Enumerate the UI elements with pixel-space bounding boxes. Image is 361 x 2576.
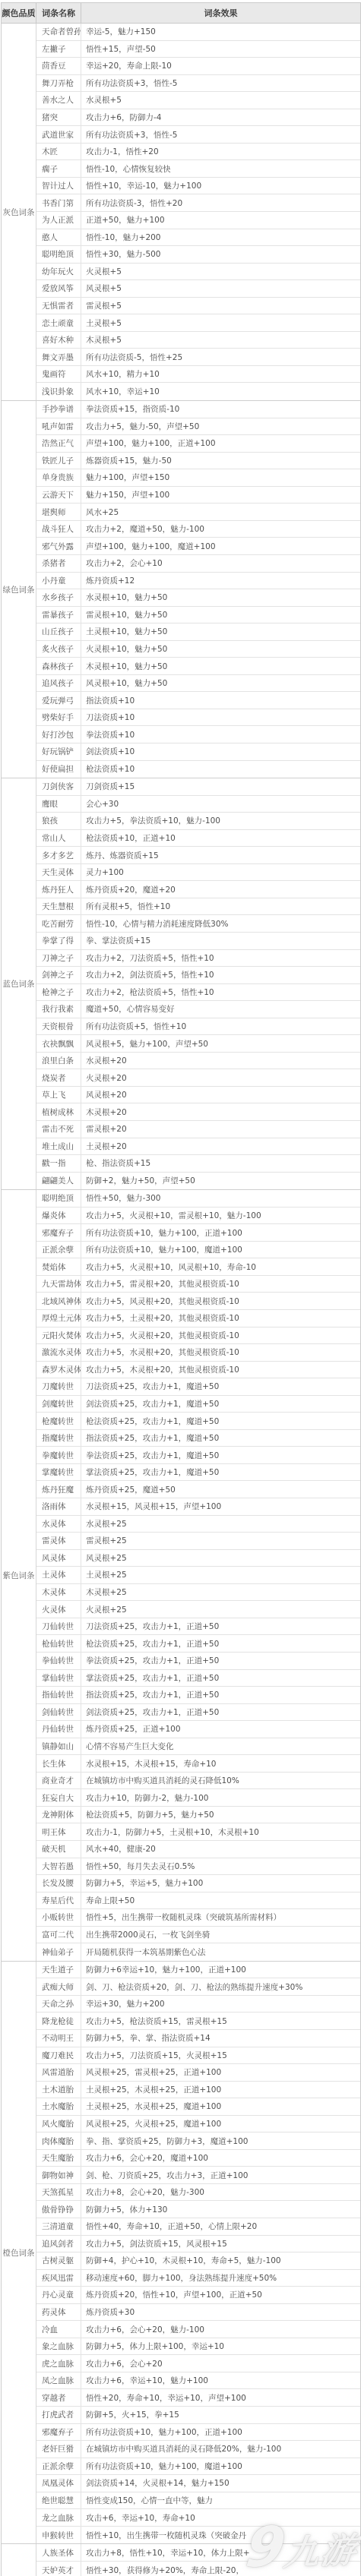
- entry-name: 幼年玩火: [36, 264, 81, 280]
- entry-name: 雷击不死: [36, 1121, 81, 1138]
- entry-row: 山丘孩子土灵根+10，魅力+50: [36, 623, 360, 641]
- entry-row: 枪魔转世枪法资质+25，攻击力+1，魔道+50: [36, 1413, 360, 1430]
- entry-row: 武道世家所有功法资质+3，悟性-5: [36, 126, 360, 144]
- entry-row: 铁匠儿子炼器资质+15，魅力-50: [36, 453, 360, 470]
- entry-name: 刀剑侠客: [36, 778, 81, 795]
- entry-effect: 悟性+10，幸运-10，魅力+100: [81, 178, 360, 194]
- entry-name: 药灵体: [36, 2304, 81, 2321]
- entry-row: 土木道胎土灵根+25，木灵根+25，正道+100: [36, 2082, 360, 2099]
- entry-name: 邪魔弃子: [36, 2424, 81, 2441]
- entry-row: 瘸子悟性-10，心情恢复较快: [36, 160, 360, 178]
- entry-name: 破天机: [36, 1841, 81, 1858]
- entry-effect: 悟性+5，出生携带一枚随机灵珠（突破筑基所需材料）: [81, 1909, 360, 1926]
- entry-name: 憨人: [36, 229, 81, 246]
- entry-name: 邪魔弃子: [36, 1224, 81, 1241]
- entry-name: 土木道胎: [36, 2082, 81, 2098]
- entry-effect: 攻击力-1，悟性+20: [81, 144, 360, 160]
- entry-name: 爱玩弹弓: [36, 692, 81, 709]
- entry-effect: 悟性+20，寿命+10，幸运+10，声望+100: [81, 2389, 360, 2406]
- entry-row: 剑魔转世剑法资质+25，攻击力+1，魔道+50: [36, 1396, 360, 1413]
- entry-effect: 拳法资质+25，攻击力+1，魔道+50: [81, 1447, 360, 1463]
- entry-row: 好使扁担枪法资质+10: [36, 761, 360, 778]
- entry-effect: 火灵根+25: [81, 1601, 360, 1618]
- quality-section: 橙色词条天生道子防御力+6幸运+10，魅力+100，正道+100武痴大师剑、刀、…: [2, 1962, 360, 2545]
- entry-effect: 风水+10，幸运+10: [81, 383, 360, 400]
- entry-effect: 幸运+20，寿命上限-10: [81, 58, 360, 74]
- entry-effect: 攻击力+5，剑法资质+15，风灵根+15: [81, 2236, 360, 2252]
- entry-row: 肉体魔胎拳、指、掌资质+25，防御力+3，魔道+100: [36, 2132, 360, 2150]
- entry-effect: 土灵根+25，水灵根+25，魔道+100: [81, 2098, 360, 2115]
- table-body: 灰色词条天命者曾孙幸运-5，魅力+150左撇子悟性+15，声望-50茴香豆幸运+…: [2, 24, 360, 2576]
- entry-effect: 剑法资质+25，攻击力+1，正道+50: [81, 1704, 360, 1721]
- entry-effect: 水灵根+5: [81, 92, 360, 109]
- entry-row: 木灵体木灵根+25: [36, 1584, 360, 1602]
- entry-row: 手抄拳谱拳法资质+15，指资质-10: [36, 401, 360, 418]
- entry-effect: 剑法资质+14，火灵根+14，魅力+150: [81, 2475, 360, 2492]
- entry-name: 山丘孩子: [36, 623, 81, 640]
- entry-row: 天命者曾孙幸运-5，魅力+150: [36, 24, 360, 41]
- entry-effect: 出生携带2000灵石，一枚飞剑坐骑: [81, 1927, 360, 1943]
- entry-name: 冷血: [36, 2321, 81, 2338]
- entry-effect: 攻击力+5，风灵根+20，其他灵根资质-10: [81, 1293, 360, 1309]
- entry-row: 天生慧根所有灵根+5，悟性+10: [36, 898, 360, 916]
- entry-name: 劈柴好手: [36, 709, 81, 726]
- entry-row: 浩然正气声望+100，魅力+100，正道+100: [36, 435, 360, 453]
- header-quality: 颜色品质: [2, 3, 36, 23]
- entry-effect: 水灵根+25: [81, 1516, 360, 1533]
- entry-row: 无惧雷者雷灵根+5: [36, 298, 360, 315]
- entry-row: 我行我素魔道+50，心情容易变好: [36, 1001, 360, 1018]
- entry-name: 天生魔胎: [36, 2150, 81, 2167]
- entry-row: 森罗木灵体攻击力+5，木灵根+20，其他灵根资质-10: [36, 1362, 360, 1379]
- entry-row: 憨人悟性-10，魅力+200: [36, 229, 360, 247]
- entry-effect: 悟性+50，每月失去灵石0.5%: [81, 1858, 360, 1875]
- entry-name: 龙神附体: [36, 1807, 81, 1823]
- entry-row: 厚煌土元体攻击力+5，土灵根+20，其他灵根资质-10: [36, 1310, 360, 1327]
- entry-name: 风雷道胎: [36, 2064, 81, 2081]
- entry-effect: 所有功法资质-3，悟性+20: [81, 194, 360, 211]
- entry-name: 天生灵体: [36, 864, 81, 881]
- entry-name: 木灵体: [36, 1584, 81, 1601]
- entry-row: 劈柴好手刀法资质+10: [36, 709, 360, 727]
- entry-name: 厚煌土元体: [36, 1310, 81, 1327]
- entry-name: 拳魔转世: [36, 1447, 81, 1463]
- quality-section: 灰色词条天命者曾孙幸运-5，魅力+150左撇子悟性+15，声望-50茴香豆幸运+…: [2, 24, 360, 401]
- entry-effect: 攻击力+6，幸运+10，魅力+100: [81, 2372, 360, 2389]
- entry-effect: 土灵根+20: [81, 1138, 360, 1155]
- entry-effect: 攻击力+5，拳法资质+10，魅力-100: [81, 813, 360, 829]
- entry-row: 左撇子悟性+15，声望-50: [36, 41, 360, 58]
- entry-row: 堆土成山土灵根+20: [36, 1138, 360, 1156]
- entry-row: 书香门第所有功法资质-3，悟性+20: [36, 194, 360, 212]
- entry-name: 天命之孙: [36, 1996, 81, 2012]
- entry-name: 炼丹狂人: [36, 881, 81, 898]
- entry-row: 傲骨铮铮防御力+5，体力+130: [36, 2201, 360, 2218]
- entry-name: 洛雨体: [36, 1498, 81, 1515]
- entry-name: 堪舆师: [36, 504, 81, 520]
- entry-name: 三清道童: [36, 2218, 81, 2235]
- entry-row: 邪魔弃子所有功法资质+10，魅力+100，正道+100: [36, 2424, 360, 2442]
- entry-name: 穿越者: [36, 2389, 81, 2406]
- entry-name: 虎之血脉: [36, 2355, 81, 2372]
- entry-row: 戳一指枪、指法资质+15: [36, 1155, 360, 1173]
- entry-effect: 炼丹、炼器资质+15: [81, 847, 360, 863]
- entry-row: 小贩转世悟性+5，出生携带一枚随机灵珠（突破筑基所需材料）: [36, 1909, 360, 1927]
- entry-name: 九天雷劫体: [36, 1276, 81, 1293]
- entry-effect: 拳法资质+15，指资质-10: [81, 401, 360, 418]
- entry-effect: 木灵根+5: [81, 332, 360, 349]
- entry-name: 不动明王: [36, 2030, 81, 2047]
- entry-row: 聪明绝顶悟性+50，魅力-300: [36, 1190, 360, 1207]
- entry-row: 拳掌了得拳、掌法资质+15: [36, 933, 360, 950]
- entry-name: 明王体: [36, 1823, 81, 1840]
- entry-effect: 攻击力+5，枪法资质+15，雷灵根+15: [81, 2012, 360, 2029]
- entry-row: 衣袂飘飘风灵根+5，魅力+100，声望+50: [36, 1035, 360, 1053]
- entry-name: 武痴大师: [36, 1978, 81, 1995]
- entry-name: 衣袂飘飘: [36, 1035, 81, 1052]
- entry-name: 多才多艺: [36, 847, 81, 863]
- entry-effect: 攻击力+5，火灵根+10，风灵根+10，寿命-10: [81, 1258, 360, 1275]
- header-entry-name: 词条名称: [36, 3, 81, 23]
- entry-row: 穿越者悟性+20，寿命+10，幸运+10，声望+100: [36, 2389, 360, 2407]
- entry-row: 雷暴孩子雷灵根+10，魅力+50: [36, 607, 360, 624]
- entry-row: 草上飞风灵根+20: [36, 1087, 360, 1104]
- entry-name: 小贩转世: [36, 1909, 81, 1926]
- entry-effect: 正道+50，魅力+100: [81, 212, 360, 229]
- entry-effect: 火灵根+10，魅力+50: [81, 641, 360, 658]
- entry-row: 喜好木种木灵根+5: [36, 332, 360, 349]
- entry-name: 鬼画符: [36, 366, 81, 383]
- entry-name: 爆炎体: [36, 1207, 81, 1224]
- entry-row: 镇静如山心情不容易产生巨大变化: [36, 1738, 360, 1756]
- entry-name: 枪神之子: [36, 984, 81, 1001]
- entry-name: 火灵体: [36, 1601, 81, 1618]
- entry-row: 火灵体火灵根+25: [36, 1601, 360, 1618]
- entry-row: 翩翩美人防御+2，魅力+50，声望+50: [36, 1173, 360, 1190]
- entry-name: 左撇子: [36, 41, 81, 58]
- entry-effect: 攻击力+2，会心+10: [81, 555, 360, 572]
- entry-name: 铁匠儿子: [36, 453, 81, 469]
- entry-name: 云游天下: [36, 487, 81, 504]
- entry-effect: 攻击力+6，防御力-4: [81, 109, 360, 126]
- entry-effect: 攻击力+5，魅力-50，声望+50: [81, 418, 360, 435]
- entry-effect: 悟性+10，出生携带一枚随机灵珠（突破金丹: [81, 2527, 360, 2544]
- entry-row: 茴香豆幸运+20，寿命上限-10: [36, 58, 360, 75]
- entry-row: 土灵体土灵根+25: [36, 1567, 360, 1584]
- entry-row: 雷灵体雷灵根+25: [36, 1533, 360, 1550]
- entry-name: 草上飞: [36, 1087, 81, 1103]
- entry-name: 瘸子: [36, 160, 81, 177]
- entry-row: 杀猪者攻击力+2，会心+10: [36, 555, 360, 573]
- entry-name: 鹰眼: [36, 796, 81, 813]
- entry-name: 北域风神体: [36, 1293, 81, 1309]
- entry-row: 老奸巨猾在城镇坊市中购买道具消耗的灵石降低20%，魅力-100: [36, 2441, 360, 2458]
- entry-effect: 声望+100，魅力+100，正道+100: [81, 435, 360, 452]
- entry-effect: 心情不容易产生巨大变化: [81, 1738, 360, 1755]
- entry-row: 拳仙转世拳法资质+25，攻击力+1，正道+50: [36, 1653, 360, 1670]
- entry-effect: 指法资质+25，攻击力+1，魔道+50: [81, 1430, 360, 1447]
- entry-name: 丹心灵童: [36, 2287, 81, 2303]
- entry-effect: 枪、指法资质+15: [81, 1155, 360, 1172]
- entry-effect: 枪法资质+25，攻击力+1，正道+50: [81, 1635, 360, 1652]
- entry-row: 智计过人悟性+10，幸运-10，魅力+100: [36, 178, 360, 195]
- entry-name: 镇静如山: [36, 1738, 81, 1755]
- entry-row: 舞刀弄枪所有功法资质+3，悟性-5: [36, 75, 360, 93]
- section-rows: 人族圣体攻击力+8，悟性+10，幸运+10，体力上限+天妒英才悟性+30，获得修…: [36, 2544, 360, 2576]
- entry-effect: 风水+25: [81, 504, 360, 520]
- entry-name: 天妒英才: [36, 2562, 81, 2576]
- entry-name: 翩翩美人: [36, 1173, 81, 1190]
- entry-row: 人族圣体攻击力+8，悟性+10，幸运+10，体力上限+: [36, 2544, 360, 2562]
- entry-effect: 雷灵根+10，魅力+50: [81, 607, 360, 623]
- entry-guide-page: 颜色品质 词条名称 词条效果 灰色词条天命者曾孙幸运-5，魅力+150左撇子悟性…: [0, 0, 361, 2576]
- entry-row: 刀神之子攻击力+2，刀法资质+5，悟性+10: [36, 950, 360, 968]
- entry-row: 焚焰体攻击力+5，火灵根+10，风灵根+10，寿命-10: [36, 1258, 360, 1276]
- section-rows: 手抄拳谱拳法资质+15，指资质-10吼声如雷攻击力+5，魅力-50，声望+50浩…: [36, 401, 360, 778]
- entry-effect: 风灵根+5: [81, 280, 360, 297]
- entry-effect: 炼丹资质+12: [81, 573, 360, 589]
- entry-effect: 悟性-10，心情与精力消耗速度降低30%: [81, 915, 360, 932]
- entry-row: 枪神之子攻击力+2，枪法资质+5，悟性+10: [36, 984, 360, 1002]
- entry-name: 天生慧根: [36, 898, 81, 915]
- entry-effect: 防御+4，护心+10，木灵根+10，寿命+5，魅力-100: [81, 2252, 360, 2269]
- entry-name: 富可二代: [36, 1927, 81, 1943]
- entry-row: 激流水灵体攻击力+5，水灵根+20，其他灵根资质-10: [36, 1344, 360, 1362]
- entry-name: 掌魔转世: [36, 1464, 81, 1481]
- entry-name: 为人正派: [36, 212, 81, 229]
- entry-effect: 悟性+15，声望-50: [81, 41, 360, 58]
- entry-name: 象之血脉: [36, 2338, 81, 2355]
- entry-name: 烧炭者: [36, 1069, 81, 1086]
- entry-effect: 刀法资质+10: [81, 709, 360, 726]
- entry-effect: 风水+10，精力+10: [81, 366, 360, 383]
- entry-effect: 雷灵根+20: [81, 1121, 360, 1138]
- entry-effect: 攻击力+5，木灵根+20，其他灵根资质-10: [81, 1362, 360, 1378]
- entry-effect: 防御力+5，体力上限+100，幸运+10: [81, 2338, 360, 2355]
- entry-effect: 刀剑资质+15: [81, 778, 360, 795]
- entry-name: 打虎武者: [36, 2407, 81, 2423]
- quality-section: 人族圣体攻击力+8，悟性+10，幸运+10，体力上限+天妒英才悟性+30，获得修…: [2, 2544, 360, 2576]
- entry-row: 商业奇才在城镇坊市中购买道具消耗的灵石降低10%: [36, 1773, 360, 1790]
- section-rows: 刀剑侠客刀剑资质+15鹰眼会心+30狼孩攻击力+5，拳法资质+10，魅力-100…: [36, 778, 360, 1189]
- entry-effect: 开局随机获得一本筑基期紫色心法: [81, 1943, 360, 1961]
- entry-effect: 所有灵根+5，悟性+10: [81, 898, 360, 915]
- entry-row: 寿星后代寿命上限+50: [36, 1893, 360, 1910]
- entry-effect: 悟性+30，魅力-500: [81, 246, 360, 263]
- entry-row: 九天雷劫体攻击力+5，雷灵根+20，其他灵根资质-10: [36, 1276, 360, 1293]
- entry-name: 智计过人: [36, 178, 81, 194]
- entry-row: 风火魔胎风灵根+25，火灵根+25，魔道+100: [36, 2116, 360, 2133]
- quality-label: 绿色词条: [2, 401, 36, 778]
- entry-name: 浩然正气: [36, 435, 81, 452]
- entry-name: 聪明绝顶: [36, 246, 81, 263]
- entry-row: 植树成林木灵根+20: [36, 1103, 360, 1121]
- entry-row: 武痴大师剑、刀、枪法资质+20，剑、刀、枪法的熟练提升速度+30%: [36, 1978, 360, 1996]
- entry-name: 我行我素: [36, 1001, 81, 1018]
- entry-row: 疾风迅雷移动速度+60，脚力+100，身法熟练提升速度+50%: [36, 2270, 360, 2287]
- entry-row: 御物如神剑、枪、刀资质+25，攻击力+3，正道+100: [36, 2167, 360, 2184]
- entry-row: 爆炎体攻击力+5，火灵根+10，雷灵根+10，魅力-100: [36, 1207, 360, 1225]
- entry-effect: 攻击力+5，雷灵根+20，其他灵根资质-10: [81, 1276, 360, 1293]
- entry-row: 富可二代出生携带2000灵石，一枚飞剑坐骑: [36, 1927, 360, 1944]
- entry-row: 舞文弄墨所有功法资质-5，悟性+25: [36, 349, 360, 366]
- entry-row: 大智若愚悟性+50，每月失去灵石0.5%: [36, 1858, 360, 1876]
- entry-effect: 魅力+150，声望+100: [81, 487, 360, 504]
- entry-effect: 风灵根+10，魅力+50: [81, 675, 360, 692]
- entry-effect: 木灵根+25: [81, 1584, 360, 1601]
- entry-row: 绝世聪慧悟性变成150，心情一直中等，魅力: [36, 2492, 360, 2510]
- entry-row: 天妒英才悟性+30，获得修为+20%，寿命上限-20，: [36, 2562, 360, 2576]
- entry-name: 寿星后代: [36, 1893, 81, 1909]
- entry-row: 风灵体风灵根+25: [36, 1550, 360, 1567]
- entry-effect: 攻击力+5，土灵根+20，其他灵根资质-10: [81, 1310, 360, 1327]
- entry-name: 枪魔转世: [36, 1413, 81, 1429]
- entry-name: 正派余孽: [36, 2458, 81, 2475]
- entry-effect: 土灵根+25: [81, 1567, 360, 1583]
- entry-row: 烧炭者火灵根+20: [36, 1069, 360, 1087]
- entry-name: 剑神之子: [36, 967, 81, 983]
- entry-name: 茴香豆: [36, 58, 81, 74]
- entry-effect: 所有功法资质+10，魅力+100，魔道+100: [81, 2458, 360, 2475]
- entry-effect: 风灵根+5，魅力+100，声望+50: [81, 1035, 360, 1052]
- entry-name: 常山人: [36, 830, 81, 847]
- entry-row: 常山人枪法资质+10，正道+10: [36, 830, 360, 848]
- quality-section: 绿色词条手抄拳谱拳法资质+15，指资质-10吼声如雷攻击力+5，魅力-50，声望…: [2, 401, 360, 778]
- entry-row: 爱放风筝风灵根+5: [36, 280, 360, 298]
- entry-name: 古树灵躯: [36, 2252, 81, 2269]
- entry-effect: 所有功法资质-5，悟性+25: [81, 349, 360, 365]
- quality-label: 橙色词条: [2, 1962, 36, 2544]
- entry-name: 长生体: [36, 1755, 81, 1772]
- entry-name: 魔刀难民: [36, 2047, 81, 2064]
- entry-row: 狼孩攻击力+5，拳法资质+10，魅力-100: [36, 813, 360, 830]
- entry-name: 狂妄自大: [36, 1789, 81, 1806]
- entry-name: 长发及腰: [36, 1875, 81, 1892]
- entry-effect: 水灵根+15，风灵根+15，声望+100: [81, 1498, 360, 1515]
- entry-effect: 指法资质+25，攻击力+1，正道+50: [81, 1687, 360, 1703]
- entry-effect: 木灵根+10，魅力+50: [81, 658, 360, 674]
- entry-row: 洛雨体水灵根+15，风灵根+15，声望+100: [36, 1498, 360, 1516]
- entry-effect: 所有功法资质+3，悟性-5: [81, 126, 360, 143]
- entry-row: 战斗狂人攻击力+2，魔道+50，魅力-100: [36, 521, 360, 538]
- entry-effect: 掌法资质+25，攻击力+1，魔道+50: [81, 1464, 360, 1481]
- entry-effect: 防御力+5，幸运+5，魅力+100: [81, 1875, 360, 1892]
- entry-name: 肉体魔胎: [36, 2132, 81, 2149]
- entry-name: 神仙弟子: [36, 1943, 81, 1961]
- section-rows: 聪明绝顶悟性+50，魅力-300爆炎体攻击力+5，火灵根+10，雷灵根+10，魅…: [36, 1190, 360, 1961]
- entry-row: 凤凰灵体剑法资质+14，火灵根+14，魅力+150: [36, 2475, 360, 2492]
- entry-row: 三清道童悟性+40，寿命+10，正道+50，心情上限+20: [36, 2218, 360, 2236]
- header-entry-effect: 词条效果: [81, 3, 360, 23]
- entry-name: 傲骨铮铮: [36, 2201, 81, 2218]
- entry-effect: 枪法资质+10: [81, 761, 360, 778]
- entry-effect: 炼丹资质+30: [81, 2304, 360, 2321]
- entry-name: 炙火孩子: [36, 641, 81, 658]
- entry-effect: 刀法资质+25，攻击力+1，正道+50: [81, 1618, 360, 1635]
- entry-name: 正派余孽: [36, 1242, 81, 1258]
- entry-row: 象之血脉防御力+5，体力上限+100，幸运+10: [36, 2338, 360, 2356]
- entry-effect: 土灵根+5: [81, 314, 360, 331]
- entry-name: 吃苦耐劳: [36, 915, 81, 932]
- entry-name: 森罗木灵体: [36, 1362, 81, 1378]
- entry-row: 狂妄自大攻击力+10，防御力-2，魅力-100: [36, 1789, 360, 1807]
- quality-label: [2, 2544, 36, 2576]
- entry-name: 风火魔胎: [36, 2116, 81, 2132]
- entry-effect: 枪法资质+5，防御力+5，魅力+50: [81, 1807, 360, 1823]
- entry-effect: 拳、掌法资质+15: [81, 933, 360, 949]
- entry-row: 风雷道胎风灵根+25，雷灵根+25，正道+100: [36, 2064, 360, 2082]
- entry-name: 舞文弄墨: [36, 349, 81, 365]
- entry-name: 猪突: [36, 109, 81, 126]
- entry-effect: 悟性+50，魅力-300: [81, 1190, 360, 1207]
- quality-label: 蓝色词条: [2, 778, 36, 1189]
- entry-row: 掌仙转世掌法资质+25，攻击力+1，正道+50: [36, 1670, 360, 1687]
- entry-effect: 剑、枪、刀资质+25，攻击力+3，正道+100: [81, 2167, 360, 2183]
- entry-row: 吃苦耐劳悟性-10，心情与精力消耗速度降低30%: [36, 915, 360, 933]
- entry-name: 森林孩子: [36, 658, 81, 674]
- entry-effect: 雷灵根+5: [81, 298, 360, 314]
- entry-row: 剑仙转世剑法资质+25，攻击力+1，正道+50: [36, 1704, 360, 1722]
- entry-name: 手抄拳谱: [36, 401, 81, 418]
- entry-name: 战斗狂人: [36, 521, 81, 538]
- entry-row: 长生体水灵根+15，木灵根+15，寿命+10: [36, 1755, 360, 1773]
- entry-name: 天煞孤星: [36, 2184, 81, 2201]
- entry-row: 天资根骨所有功法资质+5，悟性+10: [36, 1018, 360, 1036]
- entry-row: 掌魔转世掌法资质+25，攻击力+1，魔道+50: [36, 1464, 360, 1482]
- entry-effect: 攻击力+6，会心+20，魔道+100: [81, 2150, 360, 2167]
- entry-effect: 所有功法资质+10，魅力+100，正道+100: [81, 1224, 360, 1241]
- entry-effect: 攻击+6，幸运+10，寿命+10: [81, 2509, 360, 2526]
- entry-effect: 攻击力+5，火灵根+20，其他灵根资质-10: [81, 1327, 360, 1344]
- entry-name: 堆土成山: [36, 1138, 81, 1155]
- entry-name: 大智若愚: [36, 1858, 81, 1875]
- entry-effect: 悟性变成150，心情一直中等，魅力: [81, 2492, 360, 2509]
- entry-name: 枪仙转世: [36, 1635, 81, 1652]
- entry-row: 神仙弟子开局随机获得一本筑基期紫色心法: [36, 1943, 360, 1961]
- entry-row: 好玩锅铲剑法资质+10: [36, 743, 360, 761]
- entry-name: 杀猪者: [36, 555, 81, 572]
- entry-effect: 风灵根+25，雷灵根+25，正道+100: [81, 2064, 360, 2081]
- entry-effect: 所有功法资质+5，悟性+10: [81, 1018, 360, 1035]
- entry-effect: 攻击力-1，防御力+5，土灵根+10，木灵根+10: [81, 1823, 360, 1840]
- entry-effect: 土灵根+25，木灵根+25，正道+100: [81, 2082, 360, 2098]
- entry-effect: 剑法资质+25，攻击力+1，魔道+50: [81, 1396, 360, 1413]
- entry-effect: 攻击力+5，火灵根+10，雷灵根+10，魅力-100: [81, 1207, 360, 1224]
- entry-effect: 灵力+100: [81, 864, 360, 881]
- entry-row: 爱玩弹弓指法资质+10: [36, 692, 360, 709]
- entry-row: 破天机风水+40，健康-20: [36, 1841, 360, 1858]
- entry-name: 土灵体: [36, 1567, 81, 1583]
- entry-row: 小丹童炼丹资质+12: [36, 573, 360, 590]
- entry-name: 掌仙转世: [36, 1670, 81, 1687]
- entry-effect: 移动速度+60，脚力+100，身法熟练提升速度+50%: [81, 2270, 360, 2287]
- entry-row: 枪仙转世枪法资质+25，攻击力+1，正道+50: [36, 1635, 360, 1653]
- entry-name: 绝世聪慧: [36, 2492, 81, 2509]
- entry-name: 焚焰体: [36, 1258, 81, 1275]
- entry-row: 魔刀难民攻击力+5，刀法资质+15，火灵根+15: [36, 2047, 360, 2065]
- entry-row: 水乡孩子水灵根+10，魅力+50: [36, 589, 360, 607]
- entry-row: 邪气外露声望+100，魅力+100，魔道+100: [36, 538, 360, 555]
- entry-row: 刀剑侠客刀剑资质+15: [36, 778, 360, 796]
- entry-row: 吼声如雷攻击力+5，魅力-50，声望+50: [36, 418, 360, 436]
- entry-row: 聪明绝顶悟性+30，魅力-500: [36, 246, 360, 264]
- entry-name: 武道世家: [36, 126, 81, 143]
- entry-name: 剑魔转世: [36, 1396, 81, 1413]
- entry-effect: 寿命上限+50: [81, 1893, 360, 1909]
- entry-row: 降龙枪徒攻击力+5，枪法资质+15，雷灵根+15: [36, 2012, 360, 2030]
- entry-row: 长发及腰防御力+5，幸运+5，魅力+100: [36, 1875, 360, 1893]
- entry-effect: 防御力+6幸运+10，魅力+100，正道+100: [81, 1962, 360, 1978]
